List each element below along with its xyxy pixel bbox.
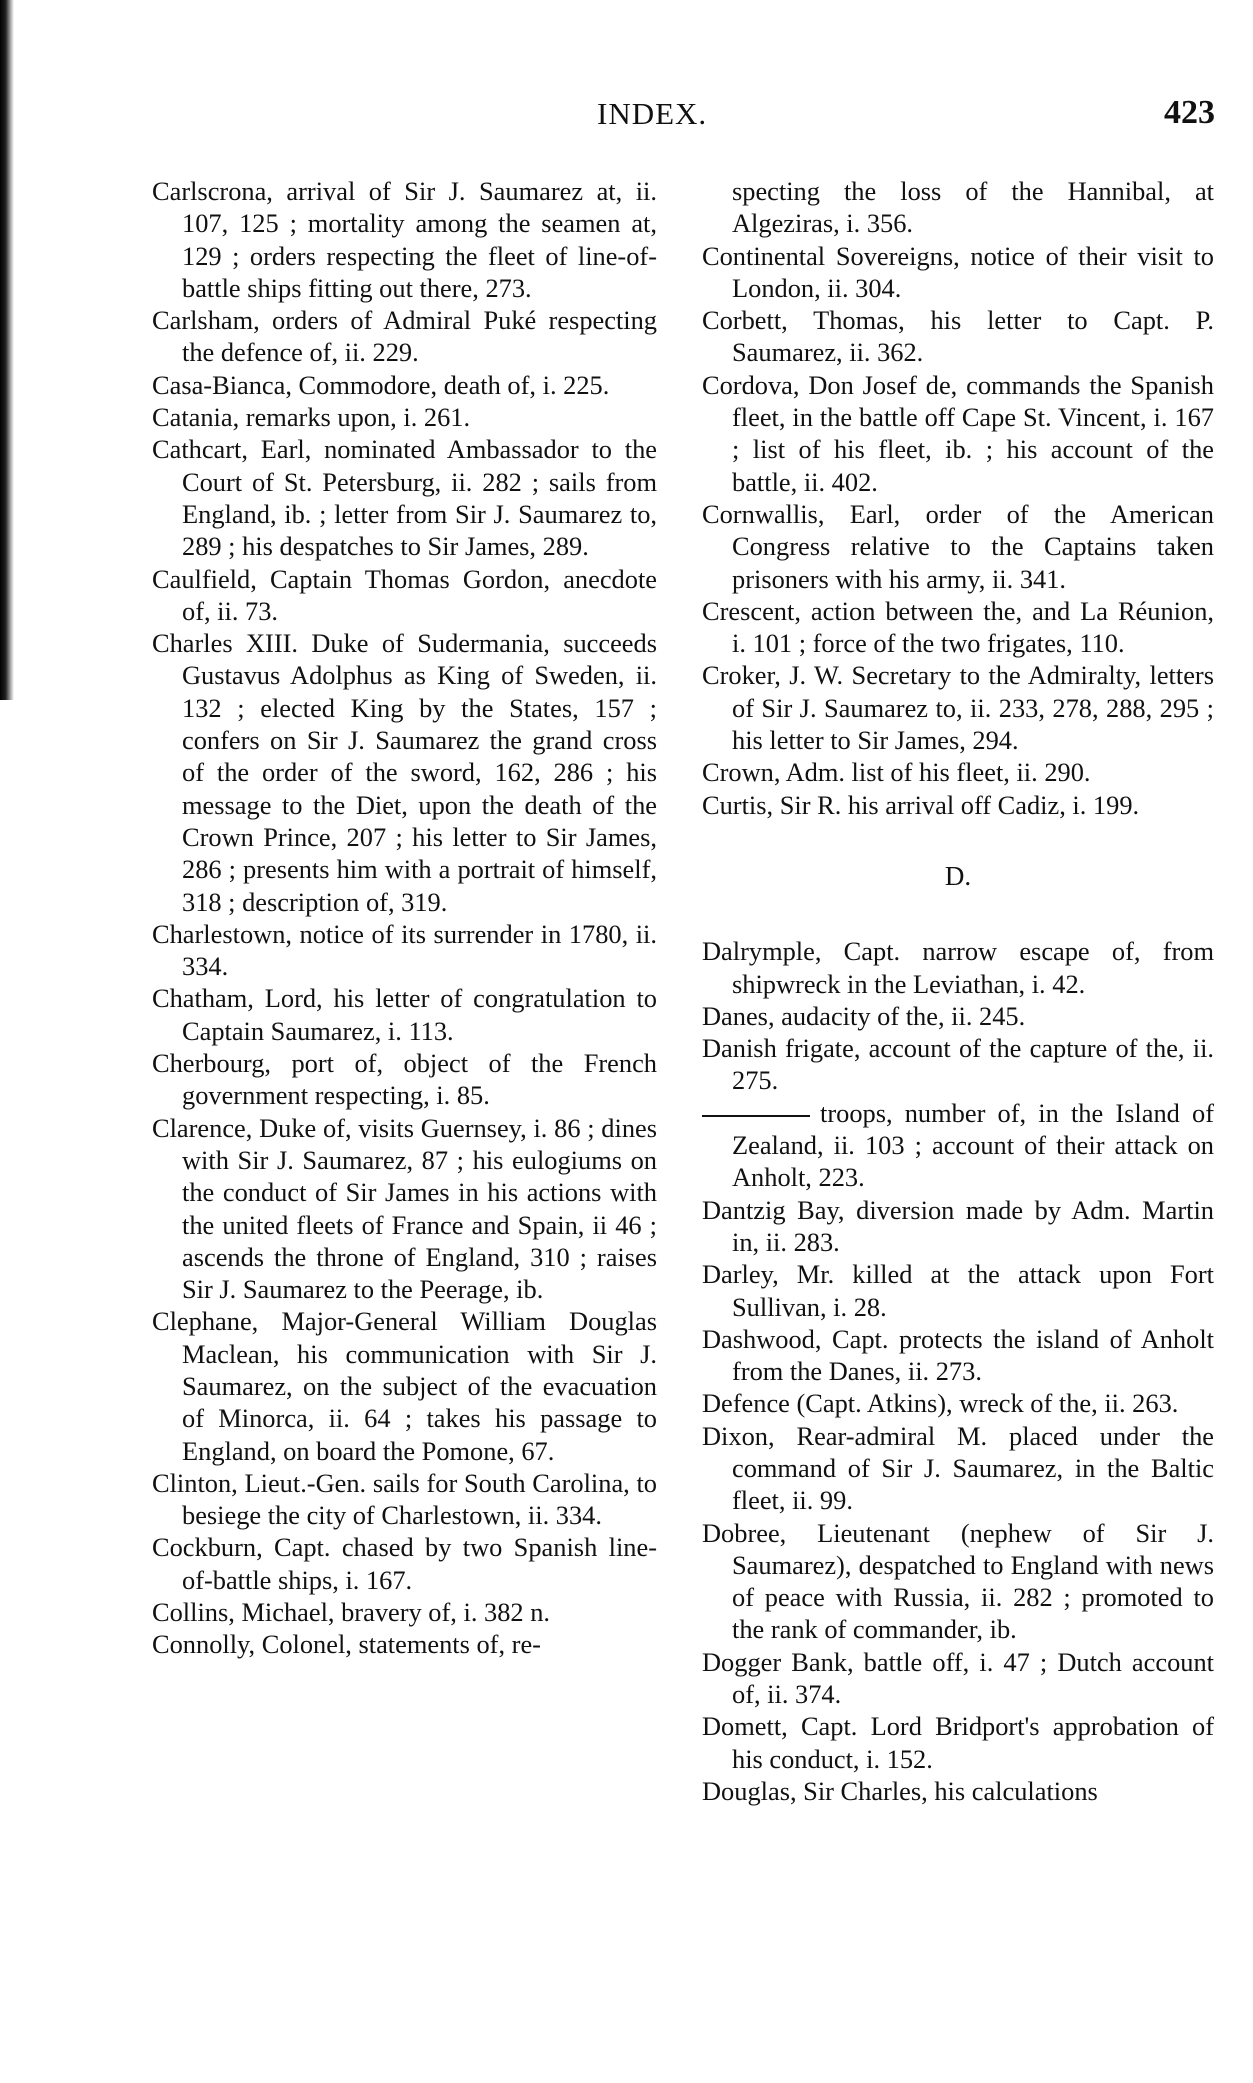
index-entry-dixon: Dixon, Rear-admiral M. placed under the …	[702, 1420, 1214, 1517]
right-column: specting the loss of the Hannibal, at Al…	[702, 175, 1214, 1807]
index-entry-domett: Domett, Capt. Lord Bridport's approbatio…	[702, 1710, 1214, 1775]
index-entry-curtis: Curtis, Sir R. his arrival off Cadiz, i.…	[702, 789, 1214, 821]
ditto-dash	[702, 1115, 810, 1117]
index-entry-collins: Collins, Michael, bravery of, i. 382 n.	[152, 1596, 657, 1628]
index-entry-carlscrona: Carlscrona, arrival of Sir J. Saumarez a…	[152, 175, 657, 304]
index-entry-charlestown: Charlestown, notice of its surrender in …	[152, 918, 657, 983]
index-entry-charles-xiii: Charles XIII. Duke of Sudermania, succee…	[152, 627, 657, 918]
index-entry-cherbourg: Cherbourg, port of, object of the French…	[152, 1047, 657, 1112]
index-entry-dashwood: Dashwood, Capt. protects the island of A…	[702, 1323, 1214, 1388]
index-entry-danes: Danes, audacity of the, ii. 245.	[702, 1000, 1214, 1032]
index-entry-danish-troops: troops, number of, in the Island of Zeal…	[702, 1097, 1214, 1194]
index-entry-douglas: Douglas, Sir Charles, his calculations	[702, 1775, 1214, 1807]
index-entry-clarence: Clarence, Duke of, visits Guernsey, i. 8…	[152, 1112, 657, 1306]
index-entry-continuation: specting the loss of the Hannibal, at Al…	[702, 175, 1214, 240]
index-entry-defence: Defence (Capt. Atkins), wreck of the, ii…	[702, 1387, 1214, 1419]
index-entry-chatham: Chatham, Lord, his letter of congratulat…	[152, 982, 657, 1047]
index-entry-caulfield: Caulfield, Captain Thomas Gordon, anecdo…	[152, 563, 657, 628]
running-head: INDEX.	[597, 96, 707, 132]
index-entry-cornwallis: Cornwallis, Earl, order of the American …	[702, 498, 1214, 595]
page-header: INDEX. 423	[0, 96, 1253, 136]
index-entry-carlsham: Carlsham, orders of Admiral Puké respect…	[152, 304, 657, 369]
index-entry-dogger-bank: Dogger Bank, battle off, i. 47 ; Dutch a…	[702, 1646, 1214, 1711]
index-entry-catania: Catania, remarks upon, i. 261.	[152, 401, 657, 433]
index-entry-corbett: Corbett, Thomas, his letter to Capt. P. …	[702, 304, 1214, 369]
index-entry-dobree: Dobree, Lieutenant (nephew of Sir J. Sau…	[702, 1517, 1214, 1646]
index-entry-crescent: Crescent, action between the, and La Réu…	[702, 595, 1214, 660]
index-entry-dalrymple: Dalrymple, Capt. narrow escape of, from …	[702, 935, 1214, 1000]
index-entry-croker: Croker, J. W. Secretary to the Admiralty…	[702, 659, 1214, 756]
left-column: Carlscrona, arrival of Sir J. Saumarez a…	[152, 175, 657, 1661]
index-entry-connolly: Connolly, Colonel, statements of, re-	[152, 1628, 657, 1660]
index-entry-danish-frigate: Danish frigate, account of the capture o…	[702, 1032, 1214, 1097]
index-entry-cockburn: Cockburn, Capt. chased by two Spanish li…	[152, 1531, 657, 1596]
index-entry-cathcart: Cathcart, Earl, nominated Ambassador to …	[152, 433, 657, 562]
index-entry-darley: Darley, Mr. killed at the attack upon Fo…	[702, 1258, 1214, 1323]
index-entry-casa-bianca: Casa-Bianca, Commodore, death of, i. 225…	[152, 369, 657, 401]
index-entry-clephane: Clephane, Major-General William Douglas …	[152, 1305, 657, 1466]
section-heading-d: D.	[702, 860, 1214, 892]
index-entry-crown: Crown, Adm. list of his fleet, ii. 290.	[702, 756, 1214, 788]
page-number: 423	[1164, 94, 1215, 132]
index-entry-continental-sovereigns: Continental Sovereigns, notice of their …	[702, 240, 1214, 305]
index-entry-danish-troops-text: troops, number of, in the Island of Zeal…	[732, 1098, 1214, 1193]
index-entry-cordova: Cordova, Don Josef de, commands the Span…	[702, 369, 1214, 498]
index-entry-clinton: Clinton, Lieut.-Gen. sails for South Car…	[152, 1467, 657, 1532]
index-entry-dantzig-bay: Dantzig Bay, diversion made by Adm. Mart…	[702, 1194, 1214, 1259]
